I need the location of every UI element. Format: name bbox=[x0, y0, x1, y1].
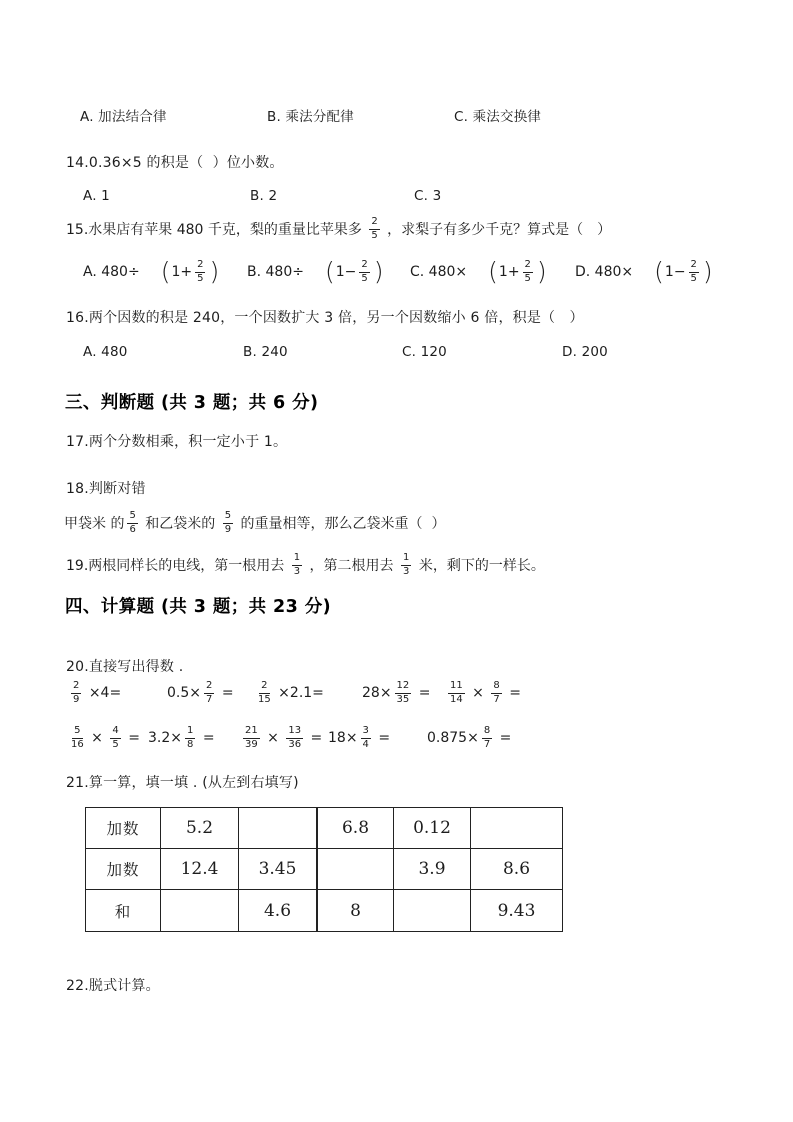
math-text: × bbox=[87, 730, 108, 746]
table-cell: 5.2 bbox=[161, 808, 239, 849]
fraction-numerator: 2 bbox=[195, 260, 205, 273]
math-text: 0.875× bbox=[427, 730, 479, 746]
fraction-denominator: 7 bbox=[206, 694, 212, 706]
fraction-denominator: 6 bbox=[129, 524, 135, 536]
math-text: B. 480÷ bbox=[247, 264, 304, 280]
math-text: 3.2× bbox=[148, 730, 182, 746]
fraction-denominator: 7 bbox=[493, 694, 499, 706]
fraction-numerator: 2 bbox=[689, 260, 699, 273]
fraction-numerator: 2 bbox=[523, 260, 533, 273]
fraction: 29 bbox=[71, 681, 81, 705]
q14-option-b: B. 2 bbox=[250, 188, 277, 204]
q16-option-a: A. 480 bbox=[83, 344, 128, 360]
math-text: = bbox=[306, 730, 322, 746]
table-cell: 6.8 bbox=[318, 808, 394, 849]
fraction-denominator: 5 bbox=[691, 273, 697, 285]
fraction: 1336 bbox=[286, 726, 303, 750]
math-text: 1− bbox=[665, 264, 686, 280]
fraction-denominator: 16 bbox=[71, 739, 84, 751]
fraction-numerator: 12 bbox=[395, 681, 412, 694]
q13-option-b: B. 乘法分配律 bbox=[267, 105, 354, 125]
fraction-numerator: 1 bbox=[292, 553, 302, 566]
q21-sum-table: 加数5.26.80.12加数12.43.453.98.6和4.689.43 bbox=[85, 807, 563, 932]
q18-sub-text: 甲袋米 的56 和乙袋米的 59 的重量相等，那么乙袋米重（ ） bbox=[64, 505, 445, 541]
q22-text: 22.脱式计算。 bbox=[66, 975, 160, 995]
fraction-numerator: 21 bbox=[243, 726, 260, 739]
fraction: 2139 bbox=[243, 726, 260, 750]
fraction: 25 bbox=[689, 260, 699, 284]
q16-option-b: B. 240 bbox=[243, 344, 288, 360]
table-cell-blank bbox=[318, 849, 394, 890]
math-text: ，求梨子有多少千克？算式是（ ） bbox=[383, 219, 611, 239]
fraction-denominator: 39 bbox=[245, 739, 258, 751]
fraction-numerator: 2 bbox=[71, 681, 81, 694]
q20-expr-1-1: 29 ×4= bbox=[68, 676, 121, 710]
table-row: 加数12.43.453.98.6 bbox=[86, 849, 562, 890]
fraction: 27 bbox=[204, 681, 214, 705]
math-text: 15.水果店有苹果 480 千克，梨的重量比苹果多 bbox=[66, 219, 366, 239]
fraction-numerator: 1 bbox=[401, 553, 411, 566]
parenthesis: ) bbox=[374, 259, 384, 284]
math-text: 1− bbox=[336, 264, 357, 280]
math-text: = bbox=[198, 730, 214, 746]
math-text: = bbox=[414, 685, 430, 701]
fraction-denominator: 5 bbox=[361, 273, 367, 285]
q15-option-c: C. 480×(1+25) bbox=[410, 254, 548, 290]
math-text: × bbox=[468, 685, 489, 701]
fraction-numerator: 2 bbox=[204, 681, 214, 694]
fraction-denominator: 7 bbox=[484, 739, 490, 751]
q20-expr-1-2: 0.5×27 = bbox=[167, 676, 234, 710]
parenthesis: ( bbox=[654, 259, 664, 284]
math-text: = bbox=[374, 730, 390, 746]
q15-option-b: B. 480÷(1−25) bbox=[247, 254, 385, 290]
fraction-denominator: 35 bbox=[397, 694, 410, 706]
fraction-denominator: 5 bbox=[525, 273, 531, 285]
fraction: 45 bbox=[110, 726, 120, 750]
math-text: × bbox=[263, 730, 284, 746]
table-cell: 9.43 bbox=[471, 890, 562, 931]
table-cell-blank bbox=[239, 808, 318, 849]
table-cell: 3.45 bbox=[239, 849, 318, 890]
parenthesis: ) bbox=[537, 259, 547, 284]
fraction: 25 bbox=[195, 260, 205, 284]
table-cell: 0.12 bbox=[394, 808, 471, 849]
q21-text: 21.算一算，填一填 . (从左到右填写) bbox=[66, 772, 299, 792]
q20-expr-1-4: 28×1235 = bbox=[362, 676, 430, 710]
math-text: A. 480÷ bbox=[83, 264, 140, 280]
math-text: 0.5× bbox=[167, 685, 201, 701]
q20-expression-row-1: 29 ×4= 0.5×27 = 215 ×2.1= 28×1235 = 1114… bbox=[0, 676, 793, 710]
fraction-denominator: 36 bbox=[288, 739, 301, 751]
fraction-denominator: 3 bbox=[403, 566, 409, 578]
q14-option-a: A. 1 bbox=[83, 188, 110, 204]
fraction: 13 bbox=[401, 553, 411, 577]
fraction-numerator: 5 bbox=[72, 726, 82, 739]
fraction-numerator: 13 bbox=[286, 726, 303, 739]
math-text: 18× bbox=[328, 730, 358, 746]
fraction-denominator: 14 bbox=[450, 694, 463, 706]
math-text: 19.两根同样长的电线，第一根用去 bbox=[66, 555, 289, 575]
fraction: 25 bbox=[369, 217, 379, 241]
fraction-numerator: 2 bbox=[369, 217, 379, 230]
q19-text: 19.两根同样长的电线，第一根用去 13 ，第二根用去 13 米，剩下的一样长。 bbox=[66, 547, 545, 583]
fraction-denominator: 5 bbox=[197, 273, 203, 285]
fraction-numerator: 5 bbox=[223, 511, 233, 524]
table-row-label: 加数 bbox=[86, 849, 161, 890]
fraction-denominator: 9 bbox=[73, 694, 79, 706]
table-row: 和4.689.43 bbox=[86, 890, 562, 931]
math-text: 甲袋米 的 bbox=[64, 513, 124, 533]
math-text: = bbox=[217, 685, 233, 701]
fraction-numerator: 8 bbox=[491, 681, 501, 694]
fraction: 59 bbox=[223, 511, 233, 535]
fraction: 87 bbox=[491, 681, 501, 705]
math-text: ×4= bbox=[84, 685, 121, 701]
fraction-denominator: 4 bbox=[363, 739, 369, 751]
fraction-numerator: 4 bbox=[110, 726, 120, 739]
fraction-denominator: 15 bbox=[258, 694, 271, 706]
q16-option-d: D. 200 bbox=[562, 344, 608, 360]
fraction: 13 bbox=[292, 553, 302, 577]
parenthesis: ( bbox=[488, 259, 498, 284]
q20-expr-2-4: 18×34 = bbox=[328, 721, 390, 755]
fraction: 25 bbox=[359, 260, 369, 284]
q20-expr-2-1: 516 × 45 = bbox=[68, 721, 140, 755]
table-cell: 8 bbox=[318, 890, 394, 931]
math-text: = bbox=[505, 685, 521, 701]
q14-option-c: C. 3 bbox=[414, 188, 441, 204]
fraction-denominator: 8 bbox=[187, 739, 193, 751]
fraction-numerator: 5 bbox=[127, 511, 137, 524]
math-text: 米，剩下的一样长。 bbox=[414, 555, 544, 575]
q15-text: 15.水果店有苹果 480 千克，梨的重量比苹果多 25 ，求梨子有多少千克？算… bbox=[66, 212, 611, 246]
q20-expr-1-3: 215 ×2.1= bbox=[255, 676, 324, 710]
math-text: ，第二根用去 bbox=[305, 555, 398, 575]
q15-options-row: A. 480÷(1+25) B. 480÷(1−25) C. 480×(1+25… bbox=[0, 254, 793, 290]
q16-option-c: C. 120 bbox=[402, 344, 447, 360]
fraction-denominator: 5 bbox=[371, 230, 377, 242]
fraction-numerator: 3 bbox=[361, 726, 371, 739]
table-row: 加数5.26.80.12 bbox=[86, 808, 562, 849]
fraction-numerator: 11 bbox=[448, 681, 465, 694]
q20-expr-2-5: 0.875×87 = bbox=[427, 721, 511, 755]
q17-text: 17.两个分数相乘，积一定小于 1。 bbox=[66, 431, 287, 451]
table-cell: 8.6 bbox=[471, 849, 562, 890]
table-cell-blank bbox=[471, 808, 562, 849]
fraction-numerator: 2 bbox=[359, 260, 369, 273]
table-cell-blank bbox=[394, 890, 471, 931]
q20-expr-2-2: 3.2×18 = bbox=[148, 721, 215, 755]
fraction-denominator: 5 bbox=[112, 739, 118, 751]
fraction: 18 bbox=[185, 726, 195, 750]
table-cell: 4.6 bbox=[239, 890, 318, 931]
q15-option-d: D. 480×(1−25) bbox=[575, 254, 714, 290]
math-text: = bbox=[124, 730, 140, 746]
table-cell: 12.4 bbox=[161, 849, 239, 890]
math-text: 1+ bbox=[171, 264, 192, 280]
fraction: 56 bbox=[127, 511, 137, 535]
exam-document-page: A. 加法结合律 B. 乘法分配律 C. 乘法交换律 14.0.36×5 的积是… bbox=[0, 0, 793, 1122]
q16-text: 16.两个因数的积是 240，一个因数扩大 3 倍，另一个因数缩小 6 倍，积是… bbox=[66, 307, 584, 327]
math-text: 1+ bbox=[499, 264, 520, 280]
fraction: 34 bbox=[361, 726, 371, 750]
fraction: 87 bbox=[482, 726, 492, 750]
fraction-denominator: 3 bbox=[294, 566, 300, 578]
parenthesis: ) bbox=[703, 259, 713, 284]
math-text: = bbox=[495, 730, 511, 746]
math-text: 的重量相等，那么乙袋米重（ ） bbox=[236, 513, 445, 533]
q18-text: 18.判断对错 bbox=[66, 478, 146, 498]
table-row-label: 和 bbox=[86, 890, 161, 931]
fraction: 215 bbox=[258, 681, 271, 705]
parenthesis: ( bbox=[161, 259, 171, 284]
parenthesis: ( bbox=[325, 259, 335, 284]
table-row-label: 加数 bbox=[86, 808, 161, 849]
q13-option-a: A. 加法结合律 bbox=[80, 105, 167, 125]
math-text: 和乙袋米的 bbox=[141, 513, 220, 533]
q14-text: 14.0.36×5 的积是（ ）位小数。 bbox=[66, 152, 284, 172]
math-text: D. 480× bbox=[575, 264, 633, 280]
fraction: 25 bbox=[523, 260, 533, 284]
q20-expr-1-5: 1114 × 87 = bbox=[445, 676, 521, 710]
q13-option-c: C. 乘法交换律 bbox=[454, 105, 541, 125]
fraction-denominator: 9 bbox=[225, 524, 231, 536]
q20-expr-2-3: 2139 × 1336 = bbox=[240, 721, 322, 755]
table-cell: 3.9 bbox=[394, 849, 471, 890]
section-4-heading: 四、计算题 (共 3 题；共 23 分) bbox=[65, 593, 331, 618]
fraction: 1235 bbox=[395, 681, 412, 705]
fraction-numerator: 1 bbox=[185, 726, 195, 739]
parenthesis: ) bbox=[209, 259, 219, 284]
fraction-numerator: 8 bbox=[482, 726, 492, 739]
q15-option-a: A. 480÷(1+25) bbox=[83, 254, 220, 290]
fraction-numerator: 2 bbox=[259, 681, 269, 694]
fraction: 516 bbox=[71, 726, 84, 750]
q20-expression-row-2: 516 × 45 = 3.2×18 = 2139 × 1336 = 18×34 … bbox=[0, 721, 793, 755]
math-text: 28× bbox=[362, 685, 392, 701]
table-cell-blank bbox=[161, 890, 239, 931]
math-text: ×2.1= bbox=[274, 685, 324, 701]
math-text: C. 480× bbox=[410, 264, 467, 280]
q20-text: 20.直接写出得数 . bbox=[66, 656, 183, 676]
fraction: 1114 bbox=[448, 681, 465, 705]
section-3-heading: 三、判断题 (共 3 题；共 6 分) bbox=[65, 389, 318, 414]
